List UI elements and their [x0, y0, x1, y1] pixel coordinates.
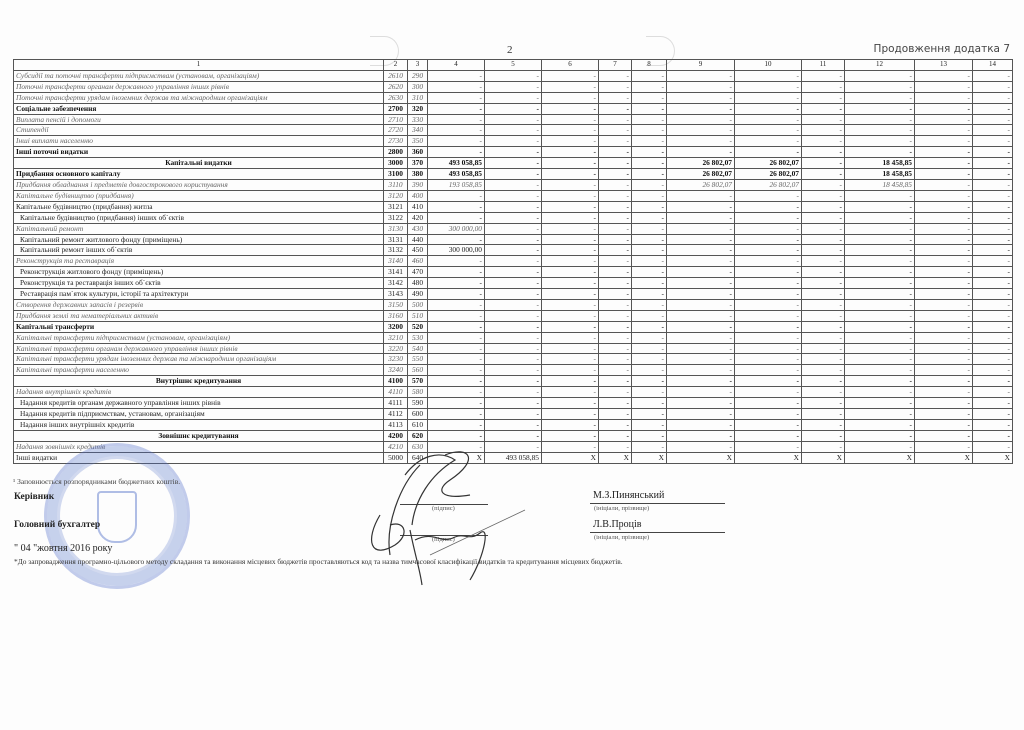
row-code: 2630	[384, 92, 408, 103]
row-value: -	[845, 147, 915, 158]
row-value: -	[542, 201, 599, 212]
row-value: -	[667, 289, 735, 300]
row-value: -	[845, 376, 915, 387]
row-value: -	[599, 409, 632, 420]
row-value: -	[735, 245, 802, 256]
row-value: 26 802,07	[735, 158, 802, 169]
row-line-number: 400	[408, 190, 428, 201]
row-value: -	[428, 70, 485, 81]
row-value: -	[542, 332, 599, 343]
row-value: -	[915, 158, 973, 169]
row-label: Капітальні трансферти органам державного…	[14, 343, 384, 354]
row-label: Капітальні трансферти	[14, 321, 384, 332]
column-header: 3	[408, 60, 428, 71]
row-value: -	[485, 169, 542, 180]
row-value: -	[915, 354, 973, 365]
row-value: -	[845, 201, 915, 212]
table-row: Створення державних запасів і резервів31…	[14, 299, 1013, 310]
row-value: -	[973, 343, 1013, 354]
row-value: -	[667, 125, 735, 136]
row-label: Реконструкція та реставрація інших об`єк…	[14, 278, 384, 289]
row-value: -	[735, 310, 802, 321]
row-label: Інші виплати населенню	[14, 136, 384, 147]
table-row: Капітальний ремонт інших об`єктів3132450…	[14, 245, 1013, 256]
row-value: -	[485, 365, 542, 376]
row-value: -	[973, 419, 1013, 430]
row-code: 3130	[384, 223, 408, 234]
row-code: 3142	[384, 278, 408, 289]
table-row: Капітальне будівництво (придбання)312040…	[14, 190, 1013, 201]
row-value: -	[485, 158, 542, 169]
row-value: -	[485, 147, 542, 158]
row-value: -	[845, 365, 915, 376]
row-value: -	[802, 70, 845, 81]
column-header: 7	[599, 60, 632, 71]
row-value: -	[485, 212, 542, 223]
row-value: -	[428, 201, 485, 212]
row-line-number: 430	[408, 223, 428, 234]
row-value: -	[428, 343, 485, 354]
row-value: -	[802, 398, 845, 409]
row-value: -	[915, 179, 973, 190]
row-value: -	[735, 114, 802, 125]
row-value: -	[667, 212, 735, 223]
table-row: Капітальні трансферти органам державного…	[14, 343, 1013, 354]
row-value: -	[428, 92, 485, 103]
row-value: -	[428, 398, 485, 409]
row-value: -	[667, 387, 735, 398]
row-value: -	[973, 147, 1013, 158]
row-value: -	[802, 245, 845, 256]
row-value: -	[599, 267, 632, 278]
row-value: -	[845, 321, 915, 332]
row-code: 3141	[384, 267, 408, 278]
table-row: Капітальні трансферти населенню3240560--…	[14, 365, 1013, 376]
row-value: -	[802, 234, 845, 245]
row-value: -	[915, 81, 973, 92]
row-value: -	[485, 223, 542, 234]
row-value: -	[667, 70, 735, 81]
row-label: Зовнішнє кредитування	[14, 430, 384, 441]
row-line-number: 310	[408, 92, 428, 103]
row-line-number: 590	[408, 398, 428, 409]
table-row: Капітальні трансферти підприємствам (уст…	[14, 332, 1013, 343]
row-value: -	[632, 103, 667, 114]
row-line-number: 290	[408, 70, 428, 81]
row-value: -	[632, 147, 667, 158]
row-value: -	[735, 365, 802, 376]
row-value: -	[542, 409, 599, 420]
row-value: -	[542, 278, 599, 289]
row-value: -	[802, 278, 845, 289]
row-line-number: 570	[408, 376, 428, 387]
director-name-caption: (ініціали, прізвище)	[594, 505, 649, 512]
row-label: Реконструкція та реставрація	[14, 256, 384, 267]
row-value: -	[915, 125, 973, 136]
row-code: 2710	[384, 114, 408, 125]
row-value: -	[802, 201, 845, 212]
row-value: X	[542, 452, 599, 463]
row-value: -	[485, 190, 542, 201]
row-value: -	[735, 398, 802, 409]
row-value: -	[599, 158, 632, 169]
row-value: -	[802, 158, 845, 169]
row-line-number: 370	[408, 158, 428, 169]
row-value: -	[428, 354, 485, 365]
row-value: -	[667, 310, 735, 321]
row-value: -	[428, 234, 485, 245]
row-value: -	[802, 223, 845, 234]
row-value: -	[735, 212, 802, 223]
row-value: -	[845, 114, 915, 125]
row-line-number: 340	[408, 125, 428, 136]
row-value: -	[667, 245, 735, 256]
row-value: -	[542, 299, 599, 310]
row-value: -	[845, 103, 915, 114]
row-line-number: 380	[408, 169, 428, 180]
row-value: -	[915, 278, 973, 289]
row-value: -	[428, 125, 485, 136]
row-value: -	[542, 70, 599, 81]
column-header: 2	[384, 60, 408, 71]
row-value: -	[599, 70, 632, 81]
row-value: -	[485, 343, 542, 354]
row-value: -	[599, 201, 632, 212]
row-value: -	[845, 278, 915, 289]
row-line-number: 500	[408, 299, 428, 310]
row-value: -	[973, 387, 1013, 398]
row-value: -	[735, 419, 802, 430]
row-value: -	[802, 169, 845, 180]
row-value: -	[667, 299, 735, 310]
row-value: 300 000,00	[428, 223, 485, 234]
row-value: -	[428, 267, 485, 278]
row-value: -	[632, 223, 667, 234]
column-header: 4	[428, 60, 485, 71]
row-line-number: 350	[408, 136, 428, 147]
column-header: 1	[14, 60, 384, 71]
row-value: -	[667, 376, 735, 387]
official-stamp	[44, 443, 190, 589]
row-label: Капітальні трансферти населенню	[14, 365, 384, 376]
table-row: Поточні трансферти органам державного уп…	[14, 81, 1013, 92]
row-value: -	[915, 398, 973, 409]
table-row: Капітальний ремонт житлового фонду (прим…	[14, 234, 1013, 245]
row-value: -	[599, 321, 632, 332]
row-value: -	[735, 441, 802, 452]
row-line-number: 530	[408, 332, 428, 343]
row-value: -	[599, 256, 632, 267]
table-row: Реконструкція та реставрація інших об`єк…	[14, 278, 1013, 289]
row-value: -	[632, 365, 667, 376]
row-value: 493 058,85	[428, 158, 485, 169]
row-value: -	[915, 365, 973, 376]
row-value: -	[667, 321, 735, 332]
row-value: -	[632, 169, 667, 180]
row-value: -	[915, 310, 973, 321]
row-line-number: 510	[408, 310, 428, 321]
row-value: -	[599, 81, 632, 92]
row-value: -	[632, 332, 667, 343]
row-value: -	[973, 267, 1013, 278]
row-value: 26 802,07	[667, 179, 735, 190]
row-value: -	[735, 278, 802, 289]
row-value: -	[428, 278, 485, 289]
row-value: -	[802, 179, 845, 190]
row-line-number: 320	[408, 103, 428, 114]
row-value: -	[485, 125, 542, 136]
row-code: 3100	[384, 169, 408, 180]
row-value: -	[915, 147, 973, 158]
row-value: -	[802, 430, 845, 441]
row-value: -	[802, 81, 845, 92]
table-row: Інші виплати населенню2730350-----------	[14, 136, 1013, 147]
row-value: -	[845, 354, 915, 365]
row-value: -	[735, 343, 802, 354]
handwritten-signatures-icon	[360, 445, 530, 595]
row-value: -	[915, 430, 973, 441]
row-value: 493 058,85	[428, 169, 485, 180]
row-value: -	[632, 419, 667, 430]
row-value: -	[632, 201, 667, 212]
row-label: Інші поточні видатки	[14, 147, 384, 158]
row-value: -	[485, 267, 542, 278]
table-row: Капітальні трансферти урядам іноземних д…	[14, 354, 1013, 365]
row-value: -	[632, 321, 667, 332]
row-value: -	[973, 376, 1013, 387]
row-value: -	[915, 299, 973, 310]
row-label: Надання кредитів органам державного упра…	[14, 398, 384, 409]
row-label: Надання інших внутрішніх кредитів	[14, 419, 384, 430]
row-value: -	[632, 299, 667, 310]
row-value: -	[735, 267, 802, 278]
row-label: Капітальне будівництво (придбання) інших…	[14, 212, 384, 223]
row-value: -	[735, 103, 802, 114]
row-value: -	[845, 81, 915, 92]
row-value: 18 458,85	[845, 169, 915, 180]
row-value: -	[428, 114, 485, 125]
row-value: -	[915, 212, 973, 223]
row-label: Придбання основного капіталу	[14, 169, 384, 180]
row-value: -	[802, 147, 845, 158]
row-value: -	[485, 299, 542, 310]
row-value: -	[845, 387, 915, 398]
row-label: Капітальне будівництво (придбання) житла	[14, 201, 384, 212]
row-line-number: 610	[408, 419, 428, 430]
table-row: Придбання основного капіталу3100380493 0…	[14, 169, 1013, 180]
row-value: -	[845, 190, 915, 201]
row-value: -	[973, 278, 1013, 289]
row-value: -	[735, 223, 802, 234]
row-value: -	[599, 169, 632, 180]
row-value: -	[915, 136, 973, 147]
table-row: Придбання обладнання і предметів довгост…	[14, 179, 1013, 190]
row-value: -	[599, 365, 632, 376]
row-value: -	[599, 387, 632, 398]
row-value: -	[915, 441, 973, 452]
row-value: -	[802, 92, 845, 103]
row-code: 2620	[384, 81, 408, 92]
row-value: -	[542, 430, 599, 441]
row-value: -	[802, 190, 845, 201]
table-row: Капітальні трансферти3200520-----------	[14, 321, 1013, 332]
row-label: Створення державних запасів і резервів	[14, 299, 384, 310]
row-line-number: 540	[408, 343, 428, 354]
row-line-number: 470	[408, 267, 428, 278]
row-value: -	[599, 430, 632, 441]
row-value: -	[485, 179, 542, 190]
row-line-number: 520	[408, 321, 428, 332]
table-row: Соціальне забезпечення2700320-----------	[14, 103, 1013, 114]
row-value: -	[485, 278, 542, 289]
row-value: -	[667, 332, 735, 343]
director-label: Керівник	[14, 492, 54, 502]
row-label: Поточні трансферти урядам іноземних держ…	[14, 92, 384, 103]
row-line-number: 560	[408, 365, 428, 376]
row-value: -	[542, 321, 599, 332]
row-value: -	[632, 125, 667, 136]
row-value: -	[667, 81, 735, 92]
row-value: -	[735, 70, 802, 81]
row-value: -	[485, 201, 542, 212]
row-value: -	[542, 223, 599, 234]
row-value: -	[802, 136, 845, 147]
row-value: -	[632, 354, 667, 365]
row-value: -	[973, 256, 1013, 267]
row-value: -	[485, 234, 542, 245]
row-value: -	[915, 387, 973, 398]
row-value: -	[667, 92, 735, 103]
row-value: -	[845, 343, 915, 354]
footnote: ¹ Заповнюється розпорядниками бюджетних …	[13, 477, 180, 486]
row-value: -	[802, 343, 845, 354]
row-value: -	[735, 136, 802, 147]
row-value: -	[428, 310, 485, 321]
row-value: -	[973, 158, 1013, 169]
row-value: -	[667, 223, 735, 234]
row-code: 4112	[384, 409, 408, 420]
row-value: -	[915, 103, 973, 114]
row-value: -	[667, 278, 735, 289]
row-line-number: 390	[408, 179, 428, 190]
row-value: -	[542, 256, 599, 267]
row-value: X	[599, 452, 632, 463]
row-value: -	[632, 92, 667, 103]
row-value: -	[845, 125, 915, 136]
row-value: -	[542, 136, 599, 147]
row-label: Капітальні видатки	[14, 158, 384, 169]
row-value: -	[599, 376, 632, 387]
row-value: -	[632, 212, 667, 223]
row-value: -	[973, 354, 1013, 365]
row-value: -	[845, 398, 915, 409]
row-code: 2610	[384, 70, 408, 81]
row-value: -	[632, 256, 667, 267]
row-value: -	[485, 409, 542, 420]
row-value: -	[485, 321, 542, 332]
row-value: -	[632, 387, 667, 398]
row-value: -	[973, 409, 1013, 420]
row-value: -	[735, 81, 802, 92]
row-value: -	[802, 256, 845, 267]
row-code: 3110	[384, 179, 408, 190]
row-value: -	[599, 212, 632, 223]
row-value: -	[915, 289, 973, 300]
row-value: -	[632, 441, 667, 452]
row-value: -	[915, 114, 973, 125]
row-value: -	[802, 365, 845, 376]
row-code: 3150	[384, 299, 408, 310]
row-label: Реставрація пам`яток культури, історії т…	[14, 289, 384, 300]
row-value: -	[973, 234, 1013, 245]
row-value: -	[802, 125, 845, 136]
table-row: Реконструкція та реставрація3140460-----…	[14, 256, 1013, 267]
row-value: 26 802,07	[667, 158, 735, 169]
row-value: -	[542, 114, 599, 125]
row-value: -	[667, 190, 735, 201]
row-value: -	[667, 147, 735, 158]
row-value: -	[485, 310, 542, 321]
row-value: -	[485, 398, 542, 409]
row-value: -	[632, 234, 667, 245]
row-value: -	[542, 365, 599, 376]
row-value: -	[802, 441, 845, 452]
row-value: X	[973, 452, 1013, 463]
table-row: Субсидії та поточні трансферти підприємс…	[14, 70, 1013, 81]
row-value: -	[428, 376, 485, 387]
row-code: 3140	[384, 256, 408, 267]
row-value: -	[845, 267, 915, 278]
row-value: -	[542, 158, 599, 169]
row-label: Внутрішнє кредитування	[14, 376, 384, 387]
row-value: -	[599, 419, 632, 430]
row-value: -	[667, 343, 735, 354]
row-value: -	[735, 430, 802, 441]
row-value: -	[599, 179, 632, 190]
row-value: -	[973, 81, 1013, 92]
row-line-number: 450	[408, 245, 428, 256]
row-value: -	[915, 332, 973, 343]
row-value: -	[973, 299, 1013, 310]
column-header: 6	[542, 60, 599, 71]
row-value: -	[735, 332, 802, 343]
row-value: -	[667, 409, 735, 420]
row-value: -	[485, 103, 542, 114]
row-value: -	[973, 201, 1013, 212]
row-value: -	[542, 234, 599, 245]
row-code: 4113	[384, 419, 408, 430]
row-value: -	[428, 332, 485, 343]
row-line-number: 420	[408, 212, 428, 223]
row-value: -	[802, 419, 845, 430]
table-row: Придбання землі та нематеріальних активі…	[14, 310, 1013, 321]
row-value: -	[428, 103, 485, 114]
row-value: -	[802, 212, 845, 223]
row-value: -	[599, 332, 632, 343]
row-value: -	[973, 430, 1013, 441]
table-row: Надання внутрішніх кредитів4110580------…	[14, 387, 1013, 398]
row-value: -	[632, 430, 667, 441]
row-label: Виплата пенсій і допомоги	[14, 114, 384, 125]
row-line-number: 410	[408, 201, 428, 212]
table-header-row: 1234567891011121314	[14, 60, 1013, 71]
row-value: -	[735, 190, 802, 201]
row-value: -	[542, 81, 599, 92]
row-value: -	[485, 81, 542, 92]
row-value: -	[542, 179, 599, 190]
row-value: -	[485, 419, 542, 430]
table-row: Стипендії2720340-----------	[14, 125, 1013, 136]
